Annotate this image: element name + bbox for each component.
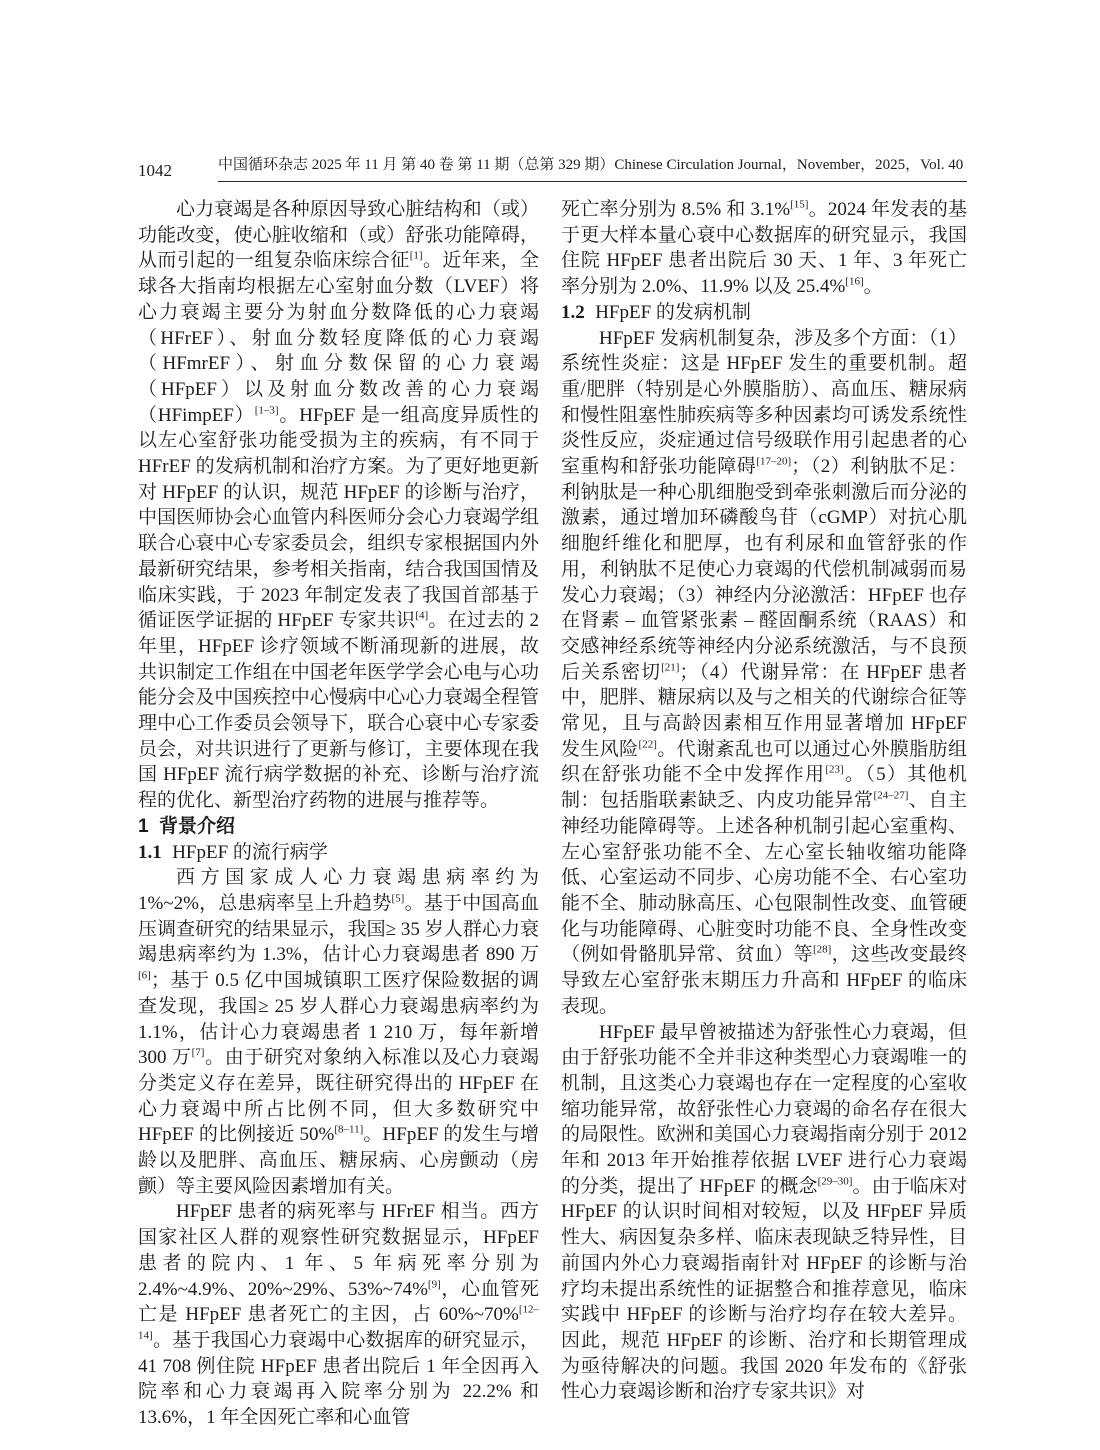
page-header: 1042 中国循环杂志 2025 年 11 月 第 40 卷 第 11 期（总第… [138, 154, 967, 182]
page-number: 1042 [138, 160, 218, 182]
paragraph-epidemiology-continued: 死亡率分别为 8.5% 和 3.1%[15]。2024 年发表的基于更大样本量心… [561, 197, 967, 300]
subsection-heading-epidemiology: 1.1HFpEF 的流行病学 [138, 840, 539, 866]
journal-header-text: 中国循环杂志 2025 年 11 月 第 40 卷 第 11 期（总第 329 … [218, 154, 967, 182]
left-column: 心力衰竭是各种原因导致心脏结构和（或）功能改变，使心脏收缩和（或）舒张功能障碍，… [138, 197, 539, 1431]
right-column: 死亡率分别为 8.5% 和 3.1%[15]。2024 年发表的基于更大样本量心… [561, 197, 967, 1431]
subsection-number: 1.1 [138, 840, 162, 866]
article-body: 心力衰竭是各种原因导致心脏结构和（或）功能改变，使心脏收缩和（或）舒张功能障碍，… [138, 197, 967, 1431]
section-heading-background: 1背景介绍 [138, 814, 539, 840]
paragraph-epidemiology-1: 西方国家成人心力衰竭患病率约为 1%~2%，总患病率呈上升趋势[5]。基于中国高… [138, 865, 539, 1199]
paragraph-epidemiology-2: HFpEF 患者的病死率与 HFrEF 相当。西方国家社区人群的观察性研究数据显… [138, 1199, 539, 1430]
paragraph-introduction: 心力衰竭是各种原因导致心脏结构和（或）功能改变，使心脏收缩和（或）舒张功能障碍，… [138, 197, 539, 814]
paragraph-pathogenesis-1: HFpEF 发病机制复杂，涉及多个方面：（1）系统性炎症：这是 HFpEF 发生… [561, 326, 967, 1020]
section-number: 1 [138, 814, 149, 840]
subsection-number: 1.2 [561, 300, 585, 326]
subsection-title: HFpEF 的发病机制 [595, 300, 751, 326]
section-title: 背景介绍 [159, 814, 235, 840]
subsection-title: HFpEF 的流行病学 [172, 840, 328, 866]
subsection-heading-pathogenesis: 1.2HFpEF 的发病机制 [561, 300, 967, 326]
paragraph-pathogenesis-2: HFpEF 最早曾被描述为舒张性心力衰竭，但由于舒张功能不全并非这种类型心力衰竭… [561, 1020, 967, 1406]
